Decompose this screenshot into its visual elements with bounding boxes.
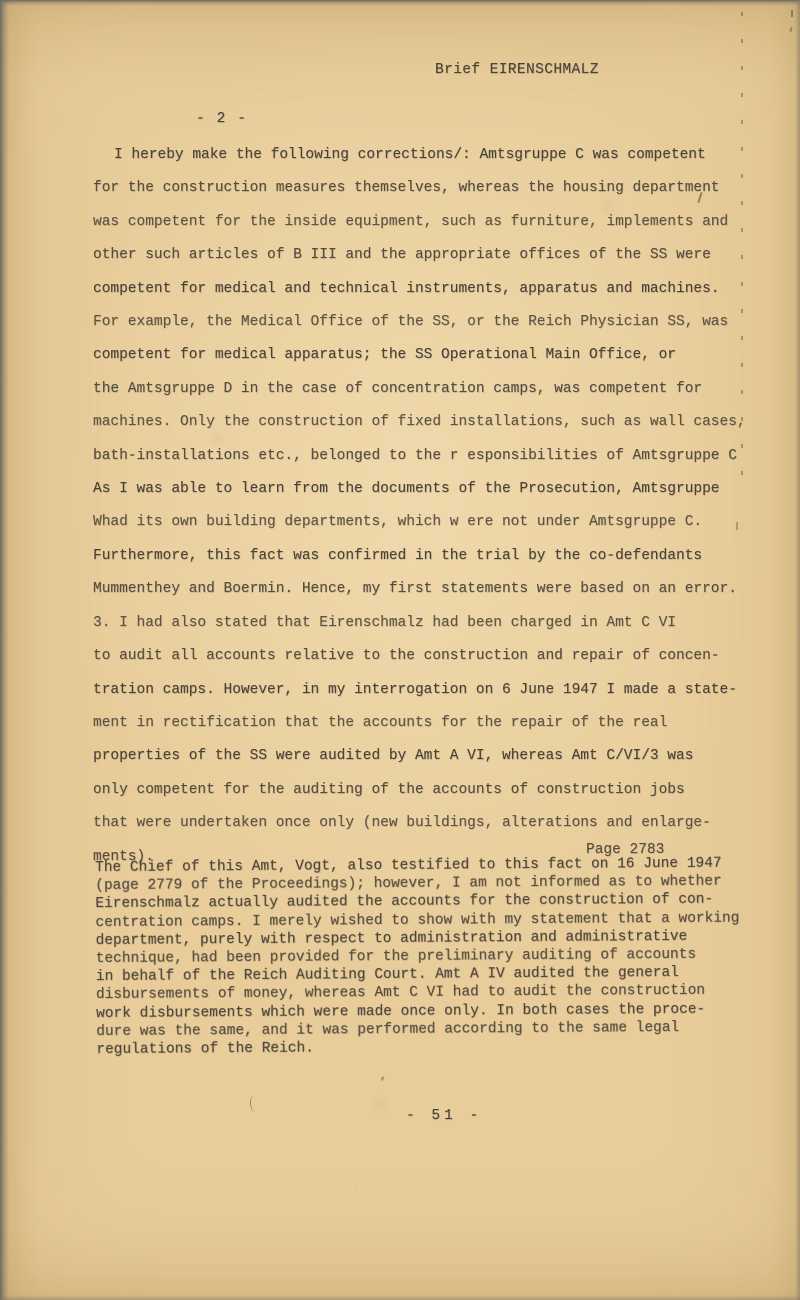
scan-artifact [790,27,793,32]
main-paragraph: I hereby make the following corrections/… [93,139,746,874]
paragraph-line: competent for medical and technical inst… [93,273,746,306]
paragraph-line: Furthermore, this fact was confirmed in … [93,540,746,573]
paragraph-line: Whad its own building departments, which… [93,506,746,539]
scan-artifact [791,10,793,17]
paragraph-line: Mummenthey and Boermin. Hence, my first … [93,573,746,606]
paragraph-line: that were undertaken once only (new buil… [93,807,746,840]
scanned-page: Brief EIRENSCHMALZ - 2 - I hereby make t… [0,0,800,1300]
paragraph-line: competent for medical apparatus; the SS … [93,339,746,372]
page-number-top: - 2 - [196,111,248,127]
paragraph-line: machines. Only the construction of fixed… [93,406,746,439]
paragraph-line: properties of the SS were audited by Amt… [93,740,746,773]
paragraph-line: I hereby make the following corrections/… [93,139,746,172]
paragraph-line: for the construction measures themselves… [93,172,746,205]
addendum-paragraph: The Chief of this Amt, Vogt, also testif… [95,855,740,1060]
paragraph-line: was competent for the inside equipment, … [93,206,746,239]
paragraph-line: to audit all accounts relative to the co… [93,640,746,673]
page-edge-left [0,0,9,1300]
scan-artifact [380,1076,385,1082]
paragraph-line: only competent for the auditing of the a… [93,774,746,807]
paragraph-line: the Amtsgruppe D in the case of concentr… [93,373,746,406]
page-edge-bottom [0,1295,800,1300]
paragraph-line: 3. I had also stated that Eirenschmalz h… [93,607,746,640]
paragraph-line: bath-installations etc., belonged to the… [93,440,746,473]
paragraph-line: ment in rectification that the accounts … [93,707,746,740]
document-title: Brief EIRENSCHMALZ [435,62,599,78]
page-edge-top [0,0,800,6]
paragraph-line: other such articles of B III and the app… [93,239,746,272]
paragraph-line: tration camps. However, in my interrogat… [93,674,746,707]
page-number-bottom: - 51 - [406,1108,482,1124]
paragraph-line: For example, the Medical Office of the S… [93,306,746,339]
page-edge-right [795,0,800,1300]
scan-artifact [249,1096,258,1113]
paragraph-line: As I was able to learn from the document… [93,473,746,506]
